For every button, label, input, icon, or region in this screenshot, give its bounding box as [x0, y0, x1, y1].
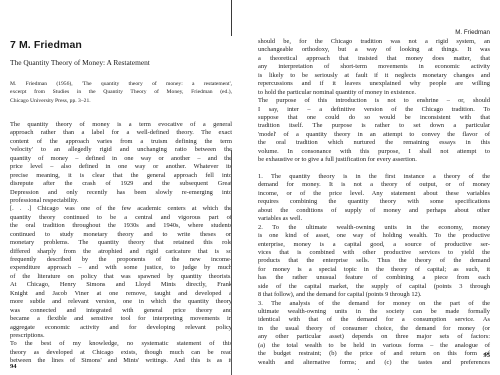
text-line: 3. The analysis of the demand for money …: [258, 300, 490, 308]
text-line: income, or of the price level. Any state…: [258, 190, 490, 198]
text-line: 'model' of a quantity theory in an attem…: [258, 131, 490, 139]
text-line: precise meaning, it is clear that the ge…: [10, 172, 232, 180]
text-line: (a) the total wealth to be held in vario…: [258, 342, 490, 350]
text-line: I say, inter – a definitive version of t…: [258, 106, 490, 114]
text-line: quantity of money – defined in one way o…: [10, 155, 232, 163]
text-line: Knight and Jacob Viner at one remove, ta…: [10, 290, 232, 298]
text-line: prescriptions.: [10, 332, 232, 340]
text-line: 1. The quantity theory is in the first i…: [258, 173, 490, 181]
citation-line: excerpt from Studies in the Quantity The…: [10, 89, 232, 97]
right-body-text: should be, for the Chicago tradition was…: [258, 38, 490, 367]
text-line: more subtle and relevant version, one in…: [10, 298, 232, 306]
page-number: 95: [483, 352, 490, 359]
text-line: Depression and only recently has been sl…: [10, 189, 232, 197]
page-gutter-line: [231, 150, 232, 375]
text-line: products that the enterprise sells. Thus…: [258, 257, 490, 265]
text-line: [258, 165, 490, 173]
text-line: quantity theory continued to be a centra…: [10, 214, 232, 222]
text-line: vices that is combined with other produc…: [258, 249, 490, 257]
text-line: theory as developed at Chicago exists, t…: [10, 349, 232, 357]
text-line: expenditure approach – and with some jus…: [10, 264, 232, 272]
text-line: should be, for the Chicago tradition was…: [258, 38, 490, 46]
text-line: between the lines of Simons' and Mints' …: [10, 357, 232, 365]
text-line: aggregate economic activity and for deve…: [10, 324, 232, 332]
page-number: 94: [10, 363, 17, 370]
source-citation: M. Friedman (1956), 'The quantity theory…: [10, 81, 232, 106]
text-line: 2. To the ultimate wealth-owning units i…: [258, 224, 490, 232]
text-line: of the literature on policy that was spa…: [10, 273, 232, 281]
text-line: suppose that one could do so would be in…: [258, 114, 490, 122]
text-line: a theoretical approach that insisted tha…: [258, 55, 490, 63]
right-page: M. Friedman should be, for the Chicago t…: [250, 0, 500, 375]
article-title: The Quantity Theory of Money: A Restatem…: [10, 58, 150, 67]
text-line: The purpose of this introduction is not …: [258, 97, 490, 105]
text-line: unchangeable orthodoxy, but a way of loo…: [258, 46, 490, 54]
text-line: in the usual theory of consumer choice, …: [258, 325, 490, 333]
text-line: disrepute after the crash of 1929 and th…: [10, 180, 232, 188]
text-line: be exhaustive or to give a full justific…: [258, 156, 490, 164]
chapter-heading: 7 M. Friedman: [10, 39, 82, 51]
text-line: the budget restraint; (b) the price of a…: [258, 350, 490, 358]
text-line: variables as well.: [258, 215, 490, 223]
text-line: price level – also defined in one way or…: [10, 163, 232, 171]
running-head: M. Friedman: [455, 29, 490, 36]
text-line: any interpretation of short-term movemen…: [258, 63, 490, 71]
text-line: became a flexible and sensitive tool for…: [10, 315, 232, 323]
text-line: side of the capital market, the supply o…: [258, 283, 490, 291]
text-line: ultimate wealth-owning units in the soci…: [258, 308, 490, 316]
text-line: has the rather unusual feature of combin…: [258, 274, 490, 282]
text-line: to hold the particular nominal quantity …: [258, 89, 490, 97]
text-line: is likely to be seriously at fault if it…: [258, 72, 490, 80]
text-line: demand for money. It is not a theory of …: [258, 181, 490, 189]
text-line: enterprise, money is a capital good, a s…: [258, 241, 490, 249]
text-line: 'velocity' to an allegedly rigid and unc…: [10, 146, 232, 154]
text-line: At Chicago, Henry Simons and Lloyd Mints…: [10, 281, 232, 289]
text-line: approach rather than a label for a well-…: [10, 129, 232, 137]
text-line: about the conditions of supply of money …: [258, 207, 490, 215]
text-line: The quantity theory of money is a term e…: [10, 121, 232, 129]
text-line: content of the approach varies from a tr…: [10, 138, 232, 146]
text-line: monetary problems. The quantity theory t…: [10, 239, 232, 247]
text-line: repercussions and if it leaves unexplain…: [258, 80, 490, 88]
text-line: frequently described by the proponents o…: [10, 256, 232, 264]
text-line: professional respectability.: [10, 197, 232, 205]
text-line: 8 that follow), and the demand for capit…: [258, 291, 490, 299]
scan-speck: [358, 369, 359, 370]
text-line: continued to study monetary theory and t…: [10, 231, 232, 239]
left-body-text: The quantity theory of money is a term e…: [10, 121, 232, 366]
text-line: requires combining the quantity theory w…: [258, 198, 490, 206]
text-line: wealth and alternative forms; and (c) th…: [258, 359, 490, 367]
text-line: volume. In consonance with this purpose,…: [258, 148, 490, 156]
text-line: To the best of my knowledge, no systemat…: [10, 340, 232, 348]
text-line: [. . .] Chicago was one of the few acade…: [10, 205, 232, 213]
citation-line: Chicago University Press, pp. 3–21.: [10, 98, 232, 106]
text-line: tradition itself. The purpose is rather …: [258, 122, 490, 130]
text-line: any other particular asset) depends on t…: [258, 333, 490, 341]
text-line: the oral tradition which nurtured the re…: [258, 139, 490, 147]
text-line: the oral tradition throughout the 1930s …: [10, 222, 232, 230]
text-line: was connected and integrated with genera…: [10, 307, 232, 315]
left-page: 7 M. Friedman The Quantity Theory of Mon…: [0, 0, 245, 375]
text-line: differed sharply from the atrophied and …: [10, 248, 232, 256]
text-line: for money is a special topic in the theo…: [258, 266, 490, 274]
text-line: identical with that of the demand for a …: [258, 316, 490, 324]
text-line: is one kind of asset, one way of holding…: [258, 232, 490, 240]
page-gutter-line: [231, 0, 232, 36]
